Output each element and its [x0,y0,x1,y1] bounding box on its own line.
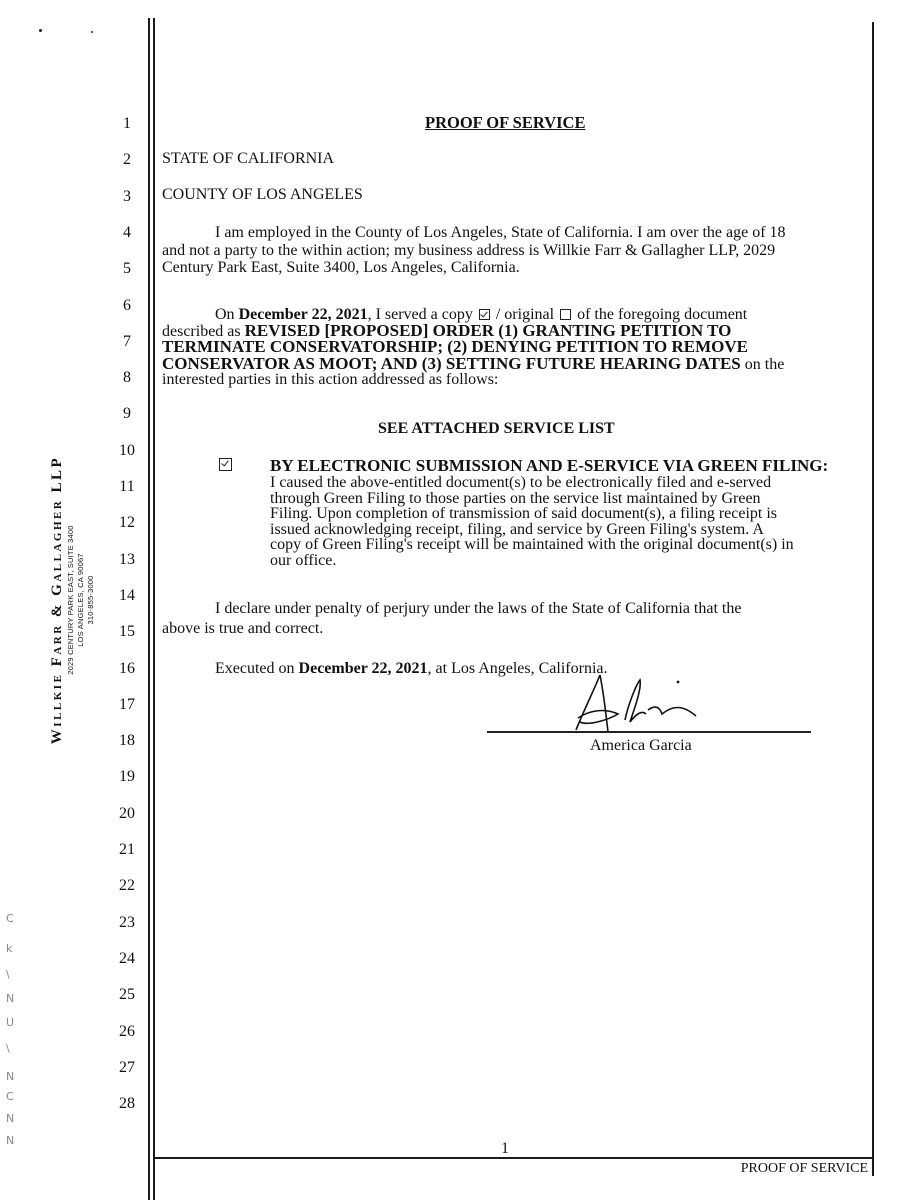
line-number: 13 [112,551,142,569]
executed-date: December 22, 2021 [299,660,428,677]
electronic-service-heading: BY ELECTRONIC SUBMISSION AND E-SERVICE V… [270,457,870,475]
electronic-service-line: through Green Filing to those parties on… [270,491,870,507]
line-number: 4 [112,224,142,242]
line-number: 18 [112,732,142,750]
line-number: 20 [112,805,142,823]
declaration-paragraph: I declare under penalty of perjury under… [162,599,872,639]
line-number: 17 [112,696,142,714]
scan-speck [91,31,93,33]
firm-address-line1: 2029 CENTURY PARK EAST, SUITE 3400 [66,456,76,744]
electronic-service-line: issued acknowledging receipt, filing, an… [270,522,870,538]
line-number: 12 [112,514,142,532]
line-number: 23 [112,914,142,932]
employment-line: Century Park East, Suite 3400, Los Angel… [162,259,872,277]
margin-mark: N [6,1112,14,1125]
line-number: 1 [112,115,142,133]
on-the: on the [741,356,785,373]
line-number: 7 [112,333,142,351]
line-number: 27 [112,1059,142,1077]
footer-rule [153,1157,873,1159]
scan-speck [39,29,42,32]
service-list-heading: SEE ATTACHED SERVICE LIST [378,420,615,438]
doc-title-line3: CONSERVATOR AS MOOT; AND (3) SETTING FUT… [162,354,741,373]
left-margin-rule [153,18,155,1200]
margin-mark: N [6,1134,14,1147]
declaration-line: above is true and correct. [162,619,872,639]
firm-address-line2: LOS ANGELES, CA 90067 [76,456,86,744]
state-line: STATE OF CALIFORNIA [162,150,334,168]
margin-mark: \ [6,968,10,981]
margin-mark: C [6,912,14,925]
electronic-service-body: I caused the above-entitled document(s) … [270,475,870,568]
service-line-5: interested parties in this action addres… [162,372,872,388]
electronic-service-line: our office. [270,553,870,569]
line-number: 24 [112,950,142,968]
employment-paragraph: I am employed in the County of Los Angel… [162,224,872,277]
line-number: 5 [112,260,142,278]
signature-image [570,670,710,740]
line-number: 6 [112,297,142,315]
service-lead: On [215,306,239,323]
declaration-line: I declare under penalty of perjury under… [162,599,872,619]
county-line: COUNTY OF LOS ANGELES [162,186,363,204]
line-number: 14 [112,587,142,605]
electronic-service-line: I caused the above-entitled document(s) … [270,475,870,491]
electronic-service-checkbox[interactable] [219,458,232,471]
right-margin-rule [872,22,874,1176]
line-number: 2 [112,151,142,169]
margin-mark: U [6,1016,14,1029]
page-title: PROOF OF SERVICE [425,114,585,132]
line-number: 19 [112,768,142,786]
margin-mark: N [6,992,14,1005]
line-number: 16 [112,660,142,678]
footer-label: PROOF OF SERVICE [741,1160,868,1178]
margin-mark: N [6,1070,14,1083]
line-number: 11 [112,478,142,496]
line-number: 3 [112,188,142,206]
line-number: 9 [112,405,142,423]
line-number: 8 [112,369,142,387]
employment-line: I am employed in the County of Los Angel… [162,224,872,242]
line-number: 25 [112,986,142,1004]
margin-mark: \ [6,1042,10,1055]
signatory-name: America Garcia [590,737,692,755]
firm-phone: 310-855-3000 [86,456,96,744]
margin-mark: C [6,1090,14,1103]
employment-line: and not a party to the within action; my… [162,242,872,260]
copy-checkbox[interactable] [479,309,490,320]
firm-name: Willkie Farr & Gallagher LLP [48,456,66,744]
electronic-service-block: BY ELECTRONIC SUBMISSION AND E-SERVICE V… [270,457,870,568]
line-number: 15 [112,623,142,641]
line-number: 10 [112,442,142,460]
line-number: 21 [112,841,142,859]
electronic-service-line: copy of Green Filing's receipt will be m… [270,537,870,553]
page-number: 1 [501,1140,509,1158]
executed-line: Executed on December 22, 2021, at Los An… [215,660,608,678]
line-number: 22 [112,877,142,895]
service-line-4: CONSERVATOR AS MOOT; AND (3) SETTING FUT… [162,356,872,373]
executed-lead: Executed on [215,660,299,677]
electronic-service-line: Filing. Upon completion of transmission … [270,506,870,522]
line-number: 28 [112,1095,142,1113]
service-paragraph: On December 22, 2021, I served a copy / … [162,307,872,388]
signature-line [487,731,811,733]
line-number: 26 [112,1023,142,1041]
original-checkbox[interactable] [560,309,571,320]
left-margin-rule [148,18,150,1200]
margin-mark: k [6,942,12,955]
